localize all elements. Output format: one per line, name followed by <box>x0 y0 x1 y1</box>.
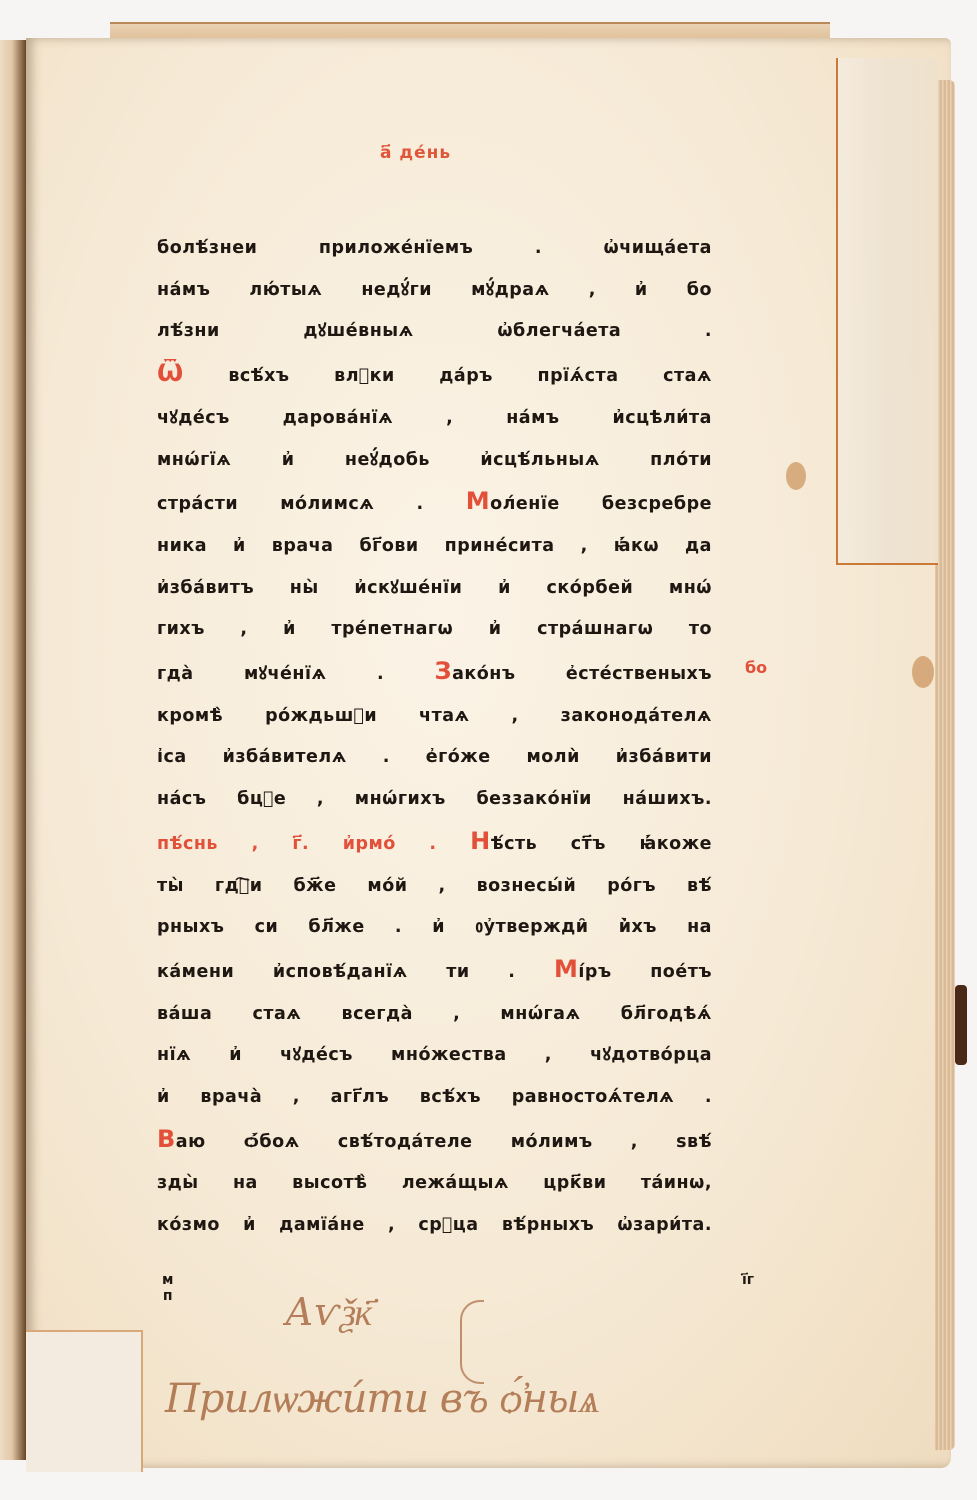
signature-bottom: п <box>162 1288 173 1304</box>
text-line: стра́сти мо́лимсѧ . Мол́енїе безсребре <box>157 481 712 526</box>
text-line: гихъ , и҆ тре́петнагѡ и҆ стра́шнагѡ то <box>157 609 712 651</box>
text-line: ка́мени и҆сповѣ́данїѧ ти . Мі́ръ пое́тъ <box>157 949 712 994</box>
margin-note: бо <box>745 658 767 677</box>
stain-spot <box>786 462 806 490</box>
text-line: нїѧ и҆ чꙋде́съ мно́жества , чꙋдотво́рца <box>157 1035 712 1077</box>
text-line: на́съ бцⷣе , мнѡ́гихъ беззако́нїи на́ших… <box>157 779 712 821</box>
text-line: и҆зба́витъ ны̀ и҆скꙋше́нїи и҆ ско́рбей м… <box>157 568 712 610</box>
red-initial: Н <box>470 827 491 855</box>
text-line: зды̀ на высотѣ̀ лежа́щыѧ црк҃ви та́инѡ, <box>157 1163 712 1205</box>
page-fore-edge <box>935 80 955 1450</box>
text-line: ко́змо и҆ дамїа́не , срⷣца вѣ́рныхъ ѡ҆за… <box>157 1205 712 1247</box>
rubric-label: пѣ́снь , г҃. и҆рмо́ . <box>157 834 470 854</box>
ink-blot <box>955 985 967 1065</box>
paper-repair-patch <box>836 58 938 565</box>
paper-repair-patch-bottom <box>26 1330 143 1472</box>
signature-top: м <box>162 1272 173 1288</box>
text-line: рныхъ си бл҃же . и҆ ᲂу҆твержди̑ и҆̀хъ на <box>157 907 712 949</box>
red-initial: М <box>554 955 578 983</box>
text-line: лѣ́зни дꙋше́вныѧ ѡ҆блегча́ета . <box>157 311 712 353</box>
text-line: мнѡ́гїѧ и҆ неꙋ́добь и҆сцѣ́льныѧ пло́ти <box>157 440 712 482</box>
red-initial: З <box>435 657 453 685</box>
text-line: ты̀ гдⷭ҇и бж҃е мо́й , вознесы́й ро́гъ вѣ… <box>157 866 712 908</box>
text-line: ника и҆ врача бг҃ови прине́сита , ꙗ҆́кѡ … <box>157 526 712 568</box>
red-initial: В <box>157 1125 176 1153</box>
handwritten-note: Прилѡжи́ти въ ѻ҆́ныѧ <box>165 1375 599 1422</box>
text-line: кромѣ̀ ро́ждьшⷶи чтаѧ , законода́телѧ <box>157 696 712 738</box>
red-initial: М <box>466 487 490 515</box>
red-initial: Ѿ <box>157 359 184 387</box>
text-line: и҆ врача̀ , агг҃лъ всѣ́хъ равностоѧ́телѧ… <box>157 1077 712 1119</box>
text-line: Ваю ѻ҆́боѧ свѣ́тода́теле мо́лимъ , ѕвѣ́ <box>157 1119 712 1164</box>
text-line: Ѿ всѣ́хъ влⷣки да́ръ прїѧ́ста стаѧ <box>157 353 712 398</box>
text-line: і҆са и҆зба́вителѧ . е҆го́же молѝ и҆зба́в… <box>157 737 712 779</box>
text-line: на́мъ лю́тыѧ недꙋ́ги мꙋ́драѧ , и҆ бо <box>157 270 712 312</box>
stain-spot <box>912 656 934 688</box>
text-line: пѣ́снь , г҃. и҆рмо́ . Нѣ́сть ст҃ъ ꙗ҆́кож… <box>157 821 712 866</box>
handwritten-flourish <box>460 1300 484 1384</box>
text-line: гда̀ мꙋче́нїѧ . Зако́нъ е҆сте́ственыхъ <box>157 651 712 696</box>
handwritten-note: Аѵѯк҃ <box>285 1290 372 1335</box>
running-title: а҃ де́нь <box>380 143 451 163</box>
folio-number: і҃г <box>742 1272 754 1288</box>
main-text: болѣ́знеи приложе́нїемъ . ѡ҆чища́ета на́… <box>157 228 727 1247</box>
text-line: чꙋде́съ дарова́нїѧ , на́мъ и҆сцѣли́та <box>157 398 712 440</box>
text-line: болѣ́знеи приложе́нїемъ . ѡ҆чища́ета <box>157 228 712 270</box>
quire-signature: м п <box>162 1272 173 1304</box>
text-line: ва́ша стаѧ всегда̀ , мнѡ́гаѧ бл҃годѣѧ́ <box>157 994 712 1036</box>
